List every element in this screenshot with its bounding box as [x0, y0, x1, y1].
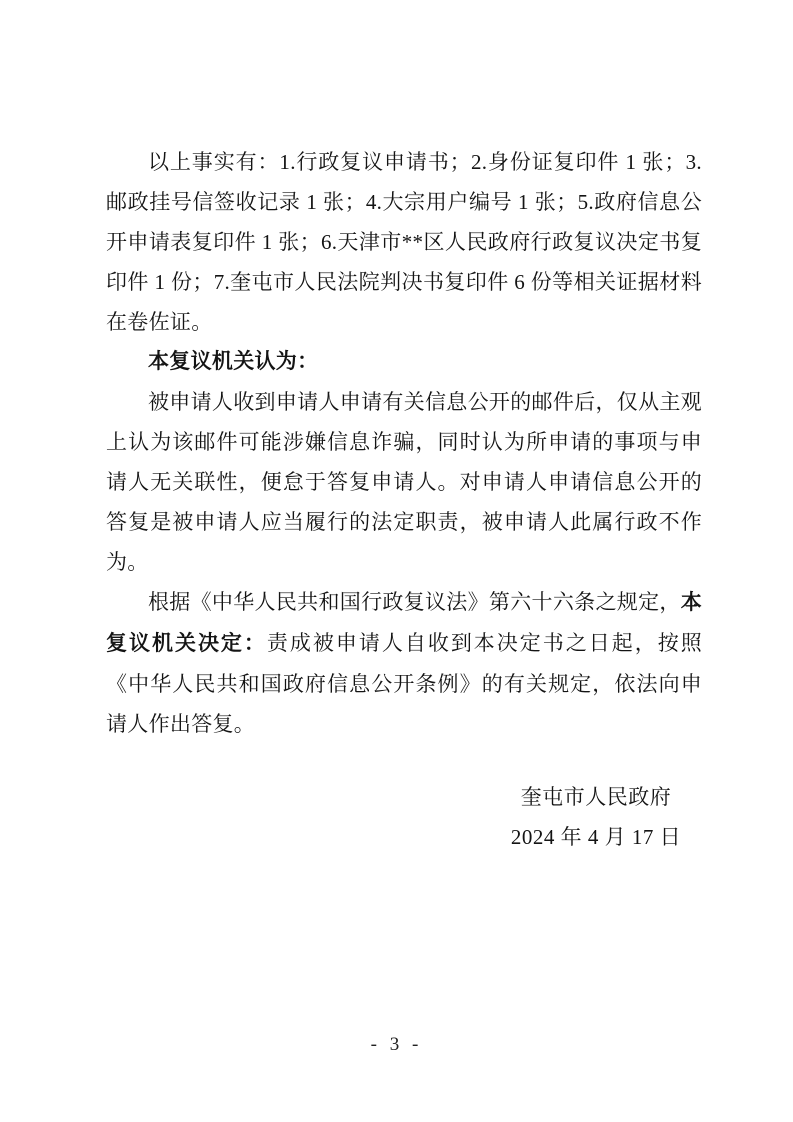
signature-block: 奎屯市人民政府 2024 年 4 月 17 日 — [498, 777, 694, 857]
issuer-name: 奎屯市人民政府 — [498, 777, 694, 817]
document-body: 以上事实有：1.行政复议申请书；2.身份证复印件 1 张；3.邮政挂号信签收记录… — [106, 142, 702, 744]
decision-paragraph: 根据《中华人民共和国行政复议法》第六十六条之规定，本复议机关决定：责成被申请人自… — [106, 582, 702, 744]
decision-lead-text: 根据《中华人民共和国行政复议法》第六十六条之规定， — [148, 590, 681, 614]
evidence-paragraph: 以上事实有：1.行政复议申请书；2.身份证复印件 1 张；3.邮政挂号信签收记录… — [106, 142, 702, 342]
page-number: - 3 - — [0, 1031, 793, 1059]
opinion-paragraph: 被申请人收到申请人申请有关信息公开的邮件后，仅从主观上认为该邮件可能涉嫌信息诈骗… — [106, 382, 702, 582]
document-page: 以上事实有：1.行政复议申请书；2.身份证复印件 1 张；3.邮政挂号信签收记录… — [0, 0, 793, 1122]
issue-date: 2024 年 4 月 17 日 — [498, 817, 694, 857]
opinion-heading: 本复议机关认为： — [106, 342, 702, 382]
